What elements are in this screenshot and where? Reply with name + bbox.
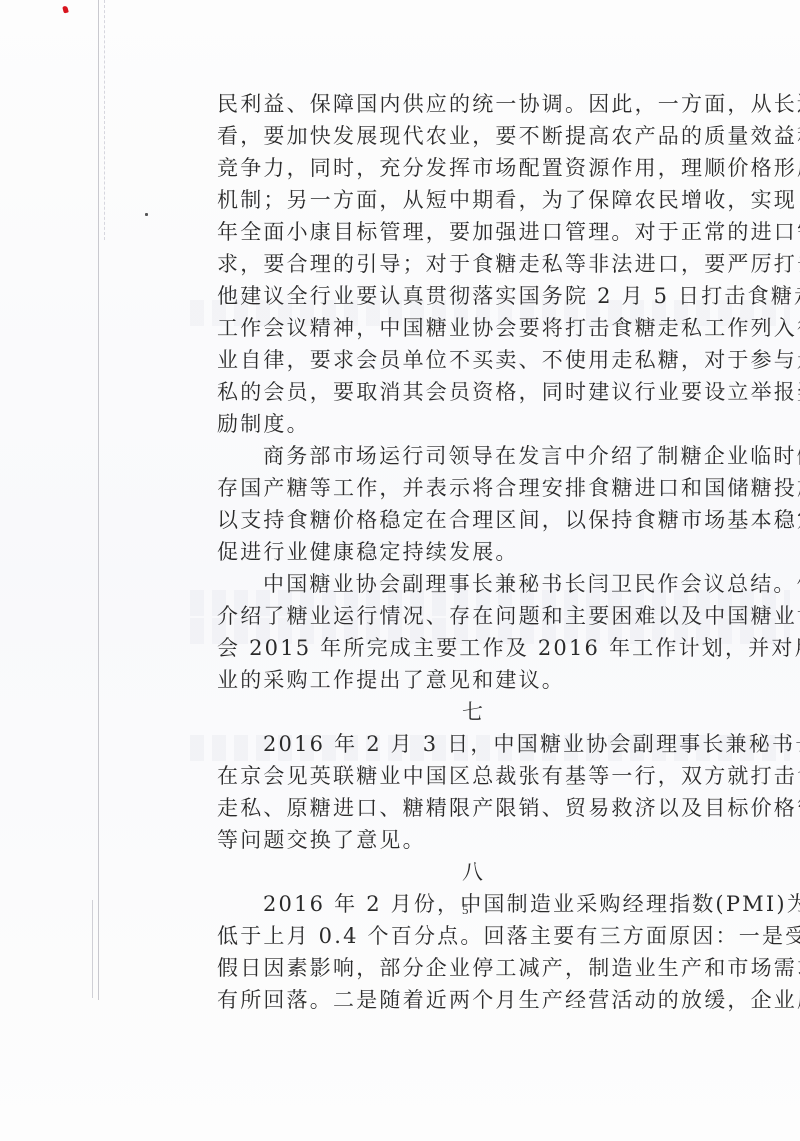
- page-number: 5: [462, 902, 469, 918]
- text-line: 2016 年 2 月份，中国制造业采购经理指数(PMI)为 49.0%，: [217, 888, 728, 920]
- text-line: 介绍了糖业运行情况、存在问题和主要困难以及中国糖业协: [217, 600, 728, 632]
- text-line: 业自律，要求会员单位不买卖、不使用走私糖，对于参与走: [217, 344, 728, 376]
- text-line: 走私、原糖进口、糖精限产限销、贸易救济以及目标价格管理: [217, 792, 728, 824]
- paragraph-ab-sugar-meeting: 2016 年 2 月 3 日，中国糖业协会副理事长兼秘书长闫卫民 在京会见英联糖…: [217, 728, 732, 856]
- text-line: 促进行业健康稳定持续发展。: [217, 536, 728, 568]
- text-line: 励制度。: [217, 408, 728, 440]
- text-line: 商务部市场运行司领导在发言中介绍了制糖企业临时储: [217, 440, 728, 472]
- text-line: 存国产糖等工作，并表示将合理安排食糖进口和国储糖投放，: [217, 472, 728, 504]
- section-heading-8: 八: [217, 856, 728, 888]
- text-line: 等问题交换了意见。: [217, 824, 728, 856]
- scan-speck: [145, 213, 148, 216]
- document-body: 民利益、保障国内供应的统一协调。因此，一方面，从长远 看，要加快发展现代农业，要…: [217, 88, 732, 1016]
- text-line: 低于上月 0.4 个百分点。回落主要有三方面原因：一是受春节: [217, 920, 728, 952]
- text-line: 有所回落。二是随着近两个月生产经营活动的放缓，企业原材: [217, 984, 728, 1016]
- text-line: 2016 年 2 月 3 日，中国糖业协会副理事长兼秘书长闫卫民: [217, 728, 728, 760]
- paragraph-commerce-ministry: 商务部市场运行司领导在发言中介绍了制糖企业临时储 存国产糖等工作，并表示将合理安…: [217, 440, 732, 568]
- paragraph-continued: 民利益、保障国内供应的统一协调。因此，一方面，从长远 看，要加快发展现代农业，要…: [217, 88, 732, 440]
- text-line: 年全面小康目标管理，要加强进口管理。对于正常的进口需: [217, 216, 728, 248]
- text-line: 以支持食糖价格稳定在合理区间，以保持食糖市场基本稳定，: [217, 504, 728, 536]
- text-line: 看，要加快发展现代农业，要不断提高农产品的质量效益和: [217, 120, 728, 152]
- text-line: 工作会议精神，中国糖业协会要将打击食糖走私工作列入行: [217, 312, 728, 344]
- text-line: 假日因素影响，部分企业停工减产，制造业生产和市场需求均: [217, 952, 728, 984]
- text-line: 竞争力，同时，充分发挥市场配置资源作用，理顺价格形成: [217, 152, 728, 184]
- text-line: 他建议全行业要认真贯彻落实国务院 2 月 5 日打击食糖走私: [217, 280, 728, 312]
- text-line: 在京会见英联糖业中国区总裁张有基等一行，双方就打击食糖: [217, 760, 728, 792]
- text-line: 会 2015 年所完成主要工作及 2016 年工作计划，并对用糖企: [217, 632, 728, 664]
- text-line: 民利益、保障国内供应的统一协调。因此，一方面，从长远: [217, 88, 728, 120]
- text-line: 私的会员，要取消其会员资格，同时建议行业要设立举报奖: [217, 376, 728, 408]
- text-line: 求，要合理的引导；对于食糖走私等非法进口，要严厉打击。: [217, 248, 728, 280]
- paragraph-pmi: 2016 年 2 月份，中国制造业采购经理指数(PMI)为 49.0%， 低于上…: [217, 888, 732, 1016]
- text-line: 中国糖业协会副理事长兼秘书长闫卫民作会议总结。他: [217, 568, 728, 600]
- text-line: 机制；另一方面，从短中期看，为了保障农民增收，实现 2020: [217, 184, 728, 216]
- binding-holes-line: [104, 0, 106, 240]
- text-line: 业的采购工作提出了意见和建议。: [217, 664, 728, 696]
- page-fold-line: [98, 0, 99, 1000]
- paragraph-meeting-summary: 中国糖业协会副理事长兼秘书长闫卫民作会议总结。他 介绍了糖业运行情况、存在问题和…: [217, 568, 732, 696]
- page-edge-line: [92, 900, 93, 998]
- section-heading-7: 七: [217, 696, 728, 728]
